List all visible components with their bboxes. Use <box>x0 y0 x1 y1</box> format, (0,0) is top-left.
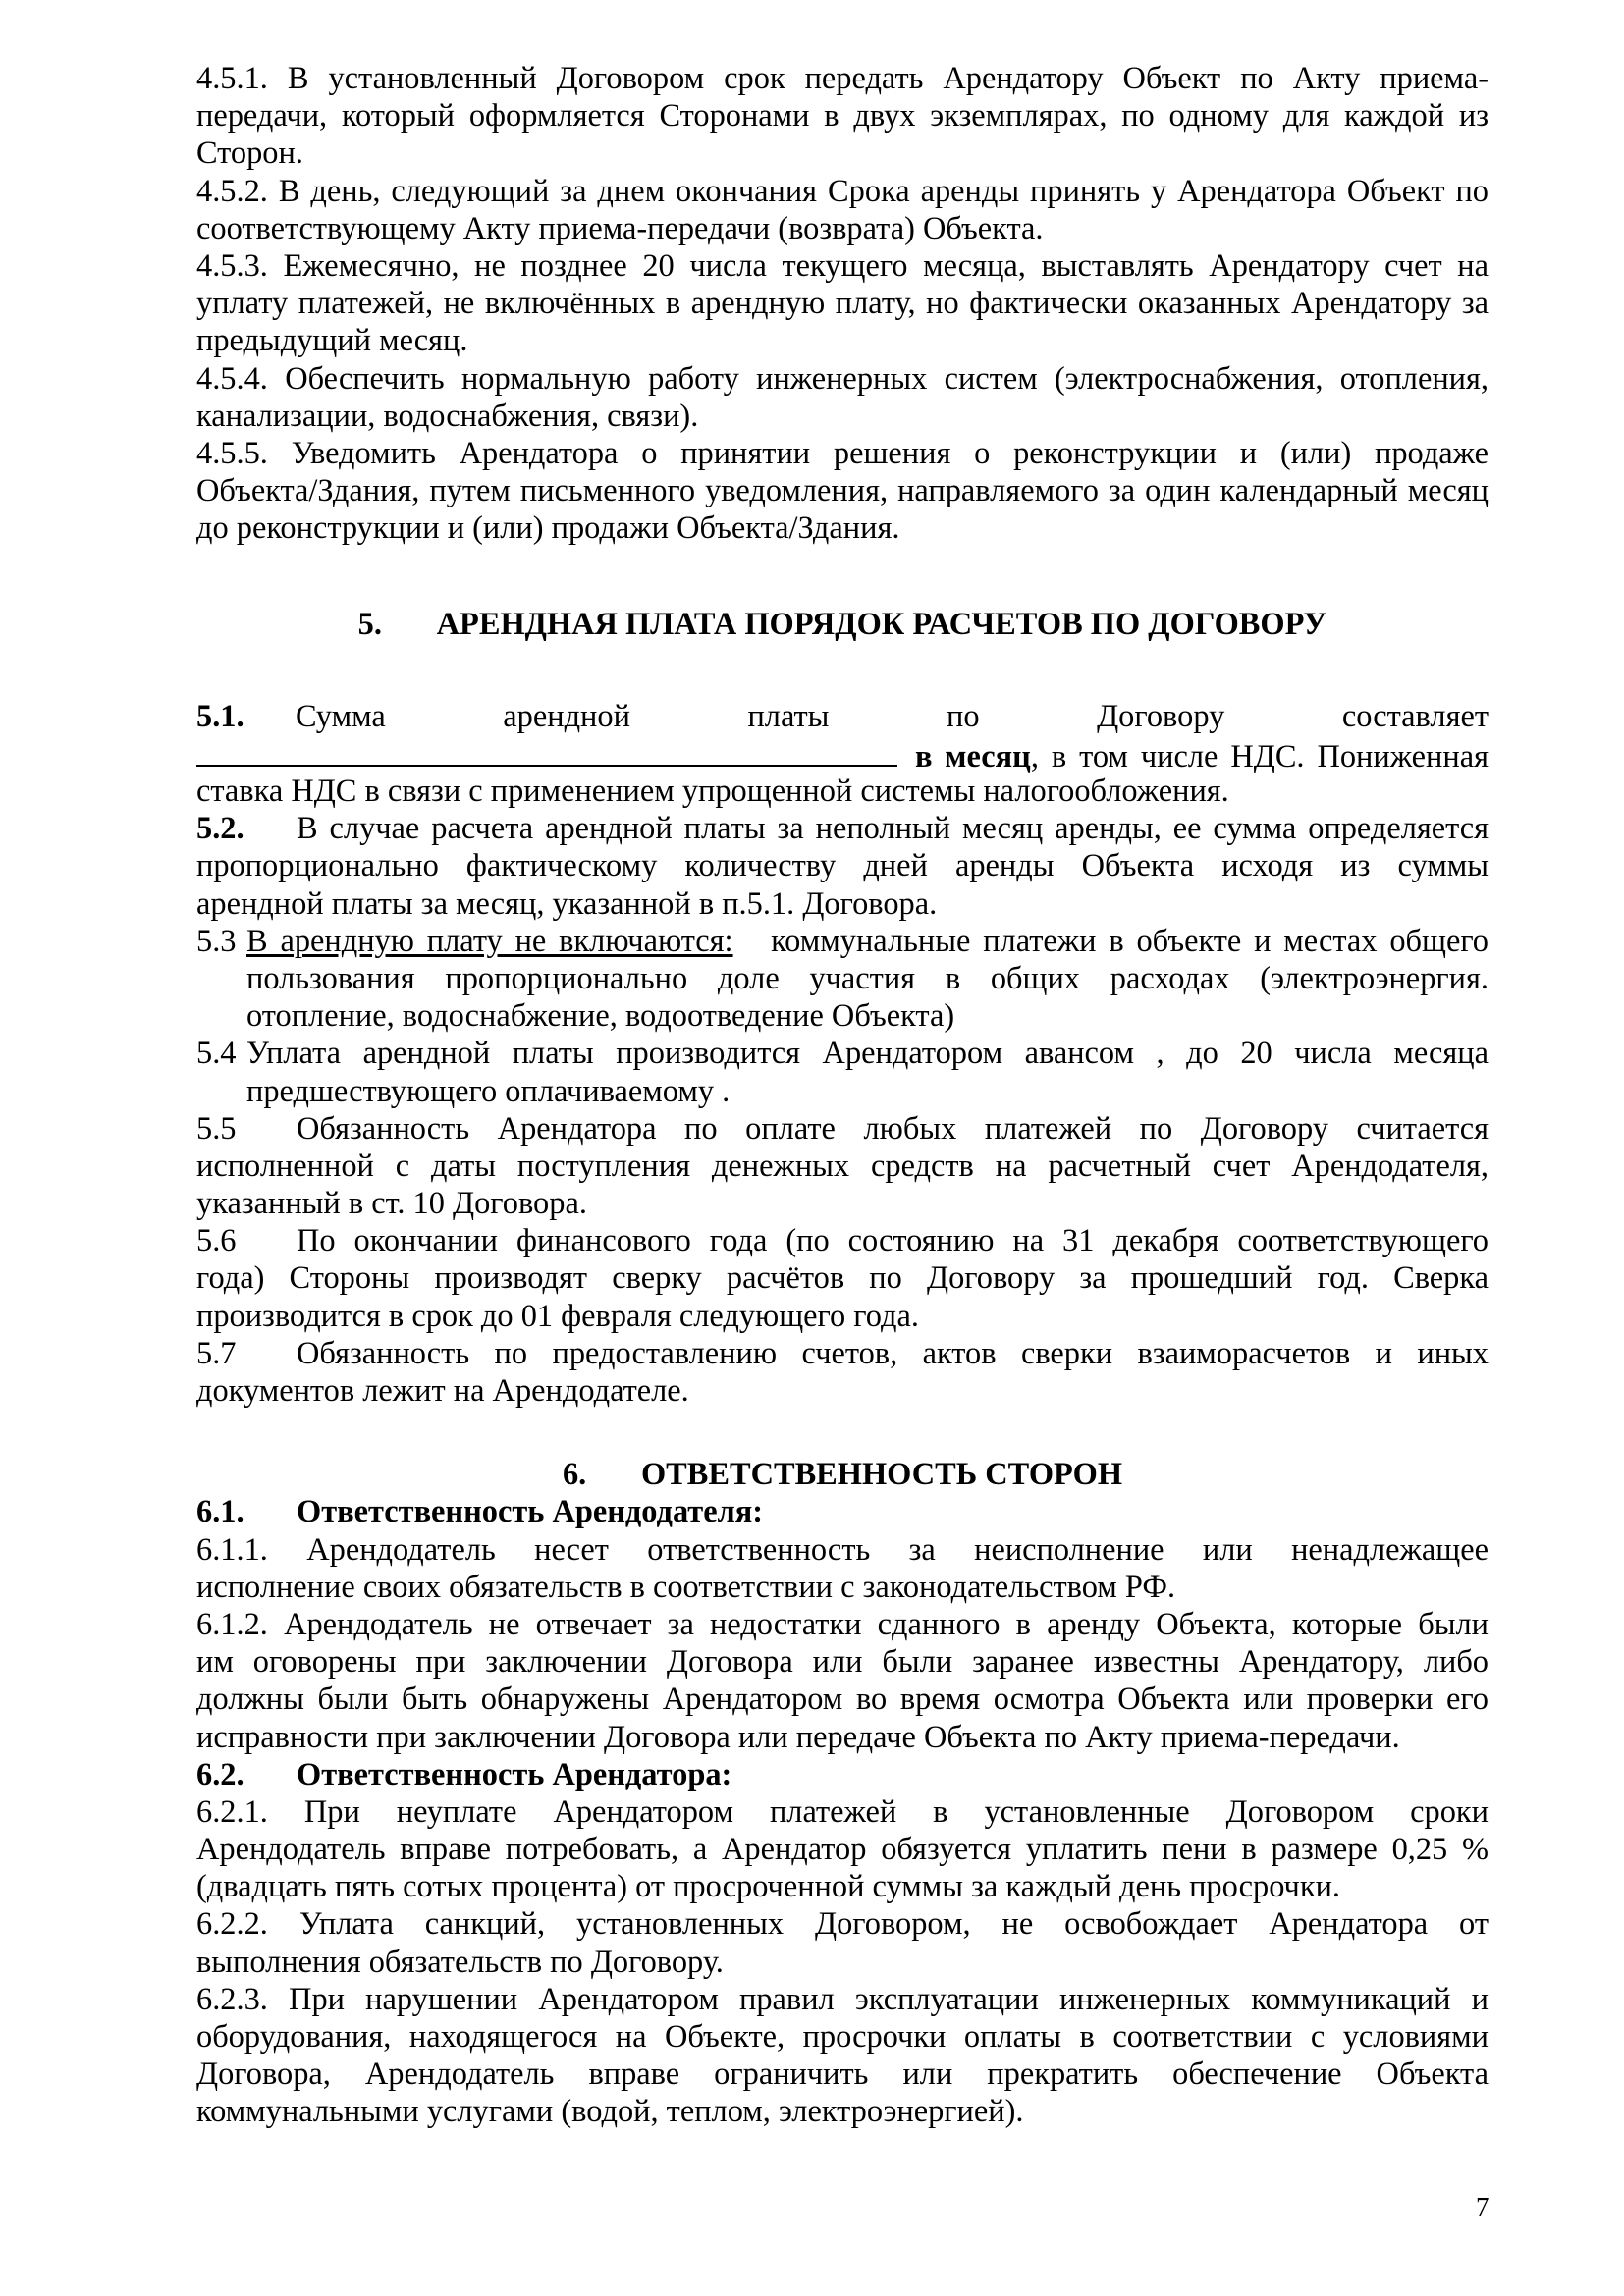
text-line: Объекта/Здания, путем письменного уведом… <box>196 472 1489 509</box>
text-line: им оговорены при заключении Договора или… <box>196 1643 1489 1681</box>
text-line: (двадцать пять сотых процента) от просро… <box>196 1868 1489 1905</box>
spacer <box>196 1410 1489 1456</box>
text-line: Арендодатель вправе потребовать, а Аренд… <box>196 1831 1489 1868</box>
clause-5-6: 5.6По окончании финансового года (по сос… <box>196 1222 1489 1335</box>
text-line: оборудования, находящегося на Объекте, п… <box>196 2018 1489 2056</box>
text-line: предыдущий месяц. <box>196 322 1489 359</box>
text-line: года) Стороны производят сверку расчётов… <box>196 1259 1489 1297</box>
clause-4-5-5: 4.5.5. Уведомить Арендатора о принятии р… <box>196 435 1489 548</box>
spacer <box>196 547 1489 606</box>
section-title: АРЕНДНАЯ ПЛАТА ПОРЯДОК РАСЧЕТОВ ПО ДОГОВ… <box>437 607 1327 642</box>
clause-number: 4.5.5. <box>196 436 268 471</box>
clause-5-4: 5.4Уплата арендной платы производится Ар… <box>196 1035 1489 1109</box>
text-line: до реконструкции и (или) продажи Объекта… <box>196 509 1489 547</box>
rent-amount-blank <box>196 735 897 767</box>
text-line: исправности при заключении Договора или … <box>196 1719 1489 1756</box>
clause-5-2: 5.2.В случае расчета арендной платы за н… <box>196 810 1489 923</box>
text-line: отопление, водоснабжение, водоотведение … <box>196 997 1489 1035</box>
text-line: Сторон. <box>196 134 1489 172</box>
clause-6-1-2: 6.1.2. Арендодатель не отвечает за недос… <box>196 1606 1489 1756</box>
text-line: ставка НДС в связи с применением упрощен… <box>196 773 1489 810</box>
section-number: 5. <box>358 606 437 643</box>
text-line: предшествующего оплачиваемому . <box>196 1073 1489 1110</box>
clause-number: 5.3 <box>196 923 246 960</box>
subsection-6-2-heading: 6.2.Ответственность Арендатора: <box>196 1756 1489 1793</box>
section-number: 6. <box>563 1456 641 1493</box>
text-line: уплату платежей, не включённых в арендну… <box>196 285 1489 322</box>
text-line: должны были быть обнаружены Арендатором … <box>196 1681 1489 1718</box>
clause-6-2-1: 6.2.1. При неуплате Арендатором платежей… <box>196 1793 1489 1906</box>
clause-4-5-1: 4.5.1. В установленный Договором срок пе… <box>196 60 1489 173</box>
clause-number: 6.2.1. <box>196 1794 268 1830</box>
clause-number: 4.5.4. <box>196 361 268 397</box>
section-5-heading: 5.АРЕНДНАЯ ПЛАТА ПОРЯДОК РАСЧЕТОВ ПО ДОГ… <box>196 606 1489 643</box>
clause-number: 5.2. <box>196 810 297 847</box>
text-line: соответствующему Акту приема-передачи (в… <box>196 210 1489 247</box>
clause-number: 4.5.1. <box>196 61 268 96</box>
underlined-text: В арендную плату не включаются: <box>246 924 733 959</box>
text-line: передачи, который оформляется Сторонами … <box>196 97 1489 134</box>
clause-number: 6.2.3. <box>196 1982 268 2017</box>
clause-5-3: 5.3В арендную плату не включаются: комму… <box>196 923 1489 1036</box>
clause-number: 4.5.3. <box>196 248 268 284</box>
section-6-heading: 6.ОТВЕТСТВЕННОСТЬ СТОРОН <box>196 1456 1489 1493</box>
text-line: коммунальными услугами (водой, теплом, э… <box>196 2093 1489 2130</box>
clause-number: 5.6 <box>196 1222 297 1259</box>
text-line: документов лежит на Арендодателе. <box>196 1372 1489 1410</box>
text-line: исполненной с даты поступления денежных … <box>196 1148 1489 1185</box>
clause-6-1-1: 6.1.1. Арендодатель несет ответственност… <box>196 1531 1489 1606</box>
clause-6-2-3: 6.2.3. При нарушении Арендатором правил … <box>196 1981 1489 2131</box>
text-line: производится в срок до 01 февраля следую… <box>196 1298 1489 1335</box>
section-title: ОТВЕТСТВЕННОСТЬ СТОРОН <box>641 1457 1122 1492</box>
clause-4-5-4: 4.5.4. Обеспечить нормальную работу инже… <box>196 360 1489 435</box>
clause-number: 6.1.1. <box>196 1532 268 1568</box>
clause-5-1: 5.1.Сумма арендной платы по Договору сос… <box>196 698 1489 811</box>
clause-number: 4.5.2. <box>196 174 268 209</box>
text-line: канализации, водоснабжения, связи). <box>196 398 1489 435</box>
page-number: 7 <box>1476 2192 1489 2222</box>
spacer <box>196 644 1489 698</box>
clause-number: 6.1.2. <box>196 1607 268 1642</box>
clause-number: 5.5 <box>196 1110 297 1148</box>
text-line: пропорционально фактическому количеству … <box>196 847 1489 884</box>
clause-number: 5.4 <box>196 1035 246 1072</box>
text-line: арендной платы за месяц, указанной в п.5… <box>196 885 1489 923</box>
document-page: 4.5.1. В установленный Договором срок пе… <box>196 60 1489 2131</box>
clause-number: 5.1. <box>196 698 296 735</box>
clause-6-2-2: 6.2.2. Уплата санкций, установленных Дог… <box>196 1905 1489 1980</box>
clause-4-5-3: 4.5.3. Ежемесячно, не позднее 20 числа т… <box>196 247 1489 360</box>
clause-4-5-2: 4.5.2. В день, следующий за днем окончан… <box>196 173 1489 247</box>
clause-number: 6.2.2. <box>196 1906 268 1942</box>
text-line: Договора, Арендодатель вправе ограничить… <box>196 2056 1489 2093</box>
clause-5-7: 5.7Обязанность по предоставлению счетов,… <box>196 1335 1489 1410</box>
clause-5-5: 5.5Обязанность Арендатора по оплате любы… <box>196 1110 1489 1223</box>
text-line: исполнение своих обязательств в соответс… <box>196 1569 1489 1606</box>
text-line: указанный в ст. 10 Договора. <box>196 1185 1489 1222</box>
text-line: пользования пропорционально доле участия… <box>196 960 1489 997</box>
text-line: выполнения обязательств по Договору. <box>196 1944 1489 1981</box>
subsection-6-1-heading: 6.1.Ответственность Арендодателя: <box>196 1493 1489 1530</box>
clause-number: 5.7 <box>196 1335 297 1372</box>
